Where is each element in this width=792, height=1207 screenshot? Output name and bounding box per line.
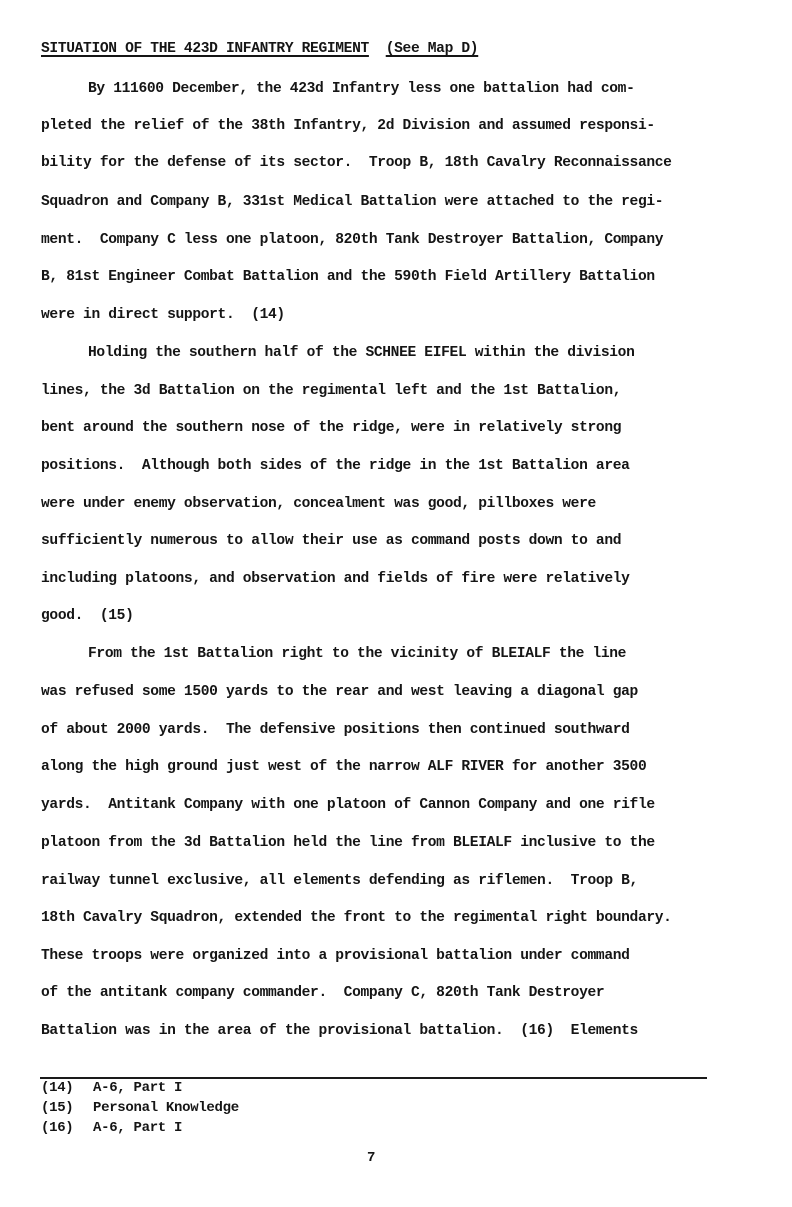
paragraph-2-line-3: bent around the southern nose of the rid… xyxy=(41,419,621,437)
footnote-text: A-6, Part I xyxy=(93,1080,182,1096)
paragraph-1-line-4: Squadron and Company B, 331st Medical Ba… xyxy=(41,193,663,211)
paragraph-2-line-7: including platoons, and observation and … xyxy=(41,570,630,588)
paragraph-2-line-2: lines, the 3d Battalion on the regimenta… xyxy=(41,382,621,400)
paragraph-3-line-5: yards. Antitank Company with one platoon… xyxy=(41,796,655,814)
paragraph-3-line-1: From the 1st Battalion right to the vici… xyxy=(88,645,626,663)
paragraph-1-line-2: pleted the relief of the 38th Infantry, … xyxy=(41,117,655,135)
map-reference: (See Map D) xyxy=(386,41,479,57)
paragraph-3-line-3: of about 2000 yards. The defensive posit… xyxy=(41,721,630,739)
paragraph-1-line-6: B, 81st Engineer Combat Battalion and th… xyxy=(41,268,655,286)
paragraph-3-line-7: railway tunnel exclusive, all elements d… xyxy=(41,872,638,890)
paragraph-1-line-1: By 111600 December, the 423d Infantry le… xyxy=(88,80,635,98)
paragraph-1-line-3: bility for the defense of its sector. Tr… xyxy=(41,154,672,172)
footnote-number: (14) xyxy=(41,1079,93,1097)
paragraph-3-line-10: of the antitank company commander. Compa… xyxy=(41,984,604,1002)
footnote-15: (15)Personal Knowledge xyxy=(41,1099,239,1117)
paragraph-2-line-4: positions. Although both sides of the ri… xyxy=(41,457,630,475)
footnote-text: A-6, Part I xyxy=(93,1120,182,1136)
footnote-14: (14)A-6, Part I xyxy=(41,1079,182,1097)
paragraph-3-line-4: along the high ground just west of the n… xyxy=(41,758,646,776)
footnote-number: (16) xyxy=(41,1119,93,1137)
paragraph-1-line-7: were in direct support. (14) xyxy=(41,306,285,324)
footnote-16: (16)A-6, Part I xyxy=(41,1119,182,1137)
paragraph-2-line-8: good. (15) xyxy=(41,607,134,625)
paragraph-2-line-6: sufficiently numerous to allow their use… xyxy=(41,532,621,550)
footnote-number: (15) xyxy=(41,1099,93,1117)
paragraph-3-line-8: 18th Cavalry Squadron, extended the fron… xyxy=(41,909,672,927)
paragraph-2-line-5: were under enemy observation, concealmen… xyxy=(41,495,596,513)
paragraph-3-line-6: platoon from the 3d Battalion held the l… xyxy=(41,834,655,852)
paragraph-3-line-9: These troops were organized into a provi… xyxy=(41,947,630,965)
section-heading: SITUATION OF THE 423D INFANTRY REGIMENT … xyxy=(41,40,478,58)
footnote-text: Personal Knowledge xyxy=(93,1100,239,1116)
paragraph-3-line-2: was refused some 1500 yards to the rear … xyxy=(41,683,638,701)
paragraph-1-line-5: ment. Company C less one platoon, 820th … xyxy=(41,231,663,249)
paragraph-2-line-1: Holding the southern half of the SCHNEE … xyxy=(88,344,635,362)
page-number: 7 xyxy=(367,1150,375,1166)
paragraph-3-line-11: Battalion was in the area of the provisi… xyxy=(41,1022,638,1040)
heading-title: SITUATION OF THE 423D INFANTRY REGIMENT xyxy=(41,41,369,57)
